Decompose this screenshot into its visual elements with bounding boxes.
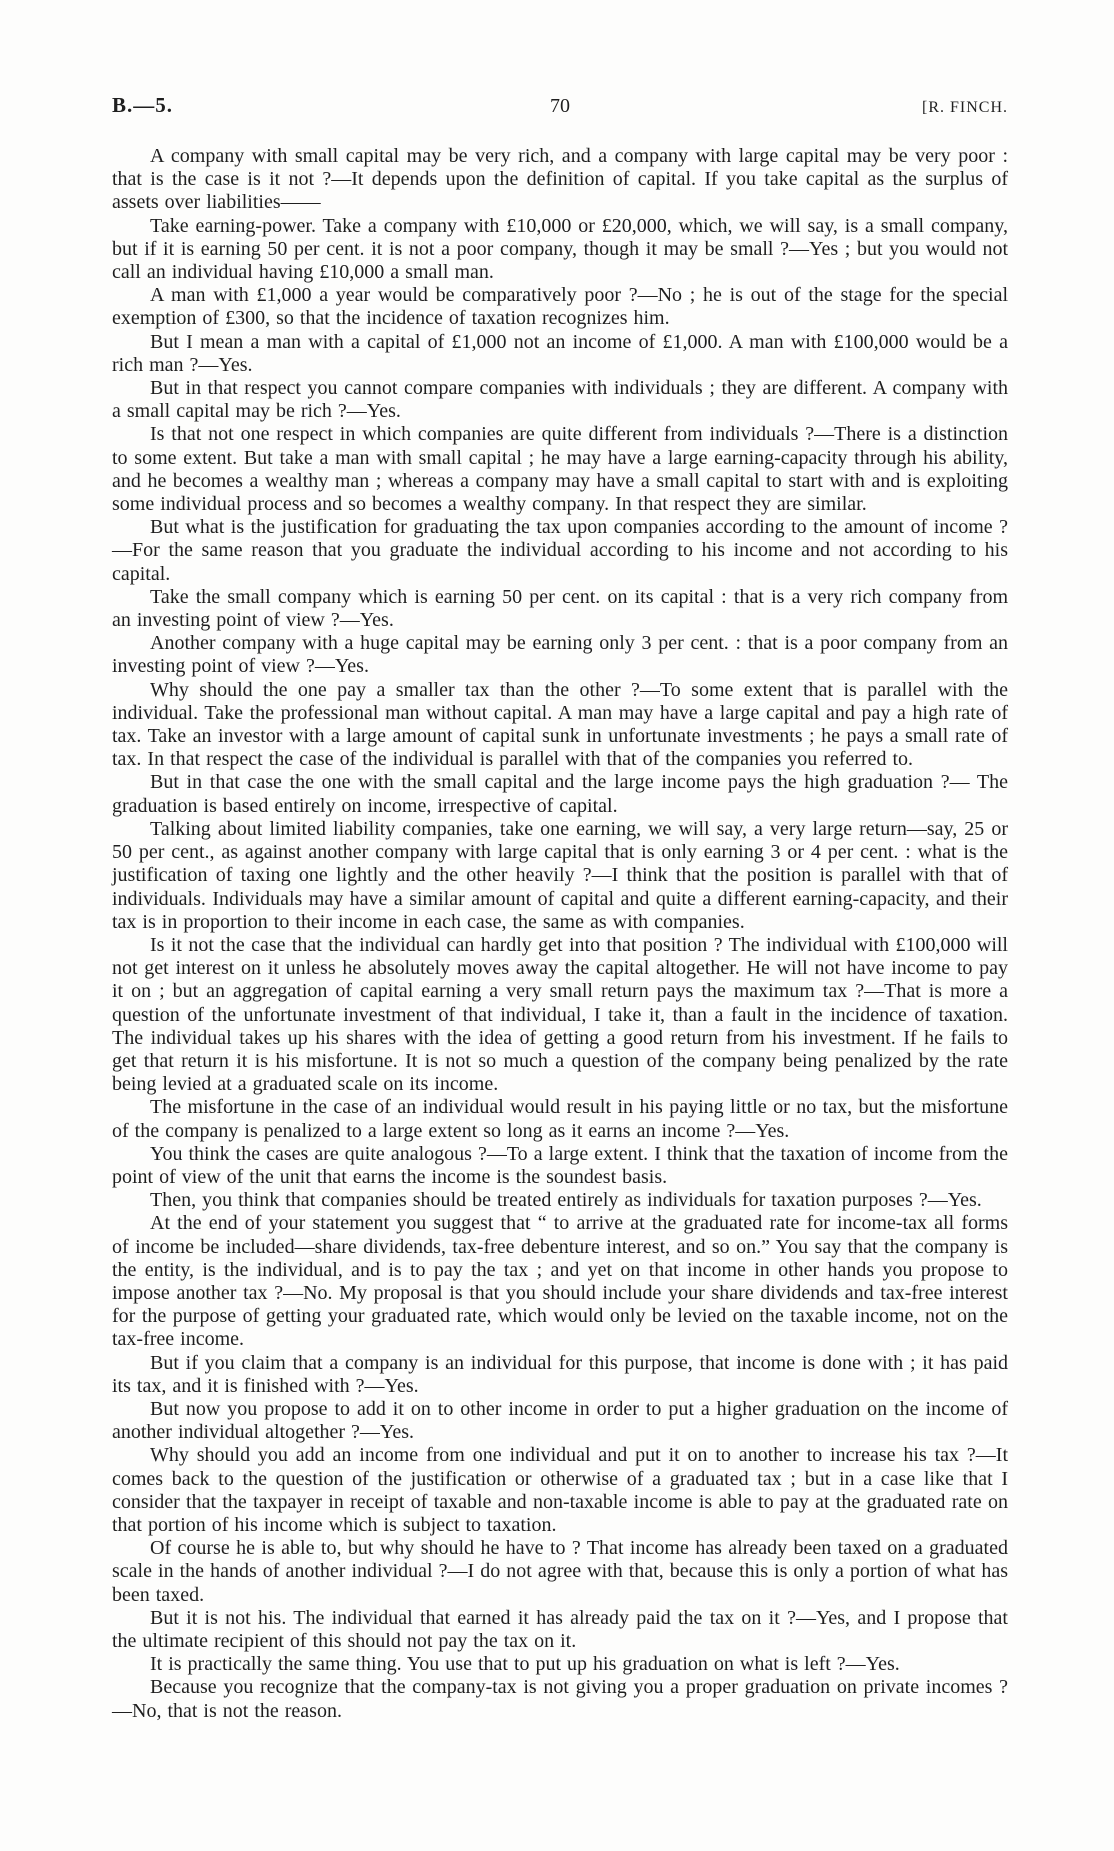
paragraph: Is that not one respect in which compani… [112,423,1008,516]
document-reference: B.—5. [112,93,550,118]
paragraph: Because you recognize that the company-t… [112,1676,1008,1722]
paragraph: Talking about limited liability companie… [112,818,1008,934]
page-header: B.—5. 70 [R. FINCH. [112,93,1008,118]
paragraph: At the end of your statement you suggest… [112,1212,1008,1351]
paragraph: You think the cases are quite analogous … [112,1143,1008,1189]
paragraph: Take the small company which is earning … [112,586,1008,632]
paragraph: Why should the one pay a smaller tax tha… [112,679,1008,772]
paragraph: Another company with a huge capital may … [112,632,1008,678]
paragraph: A company with small capital may be very… [112,145,1008,215]
paragraph: Why should you add an income from one in… [112,1444,1008,1537]
page-number: 70 [550,95,570,118]
paragraph: But if you claim that a company is an in… [112,1352,1008,1398]
paragraph: Is it not the case that the individual c… [112,934,1008,1096]
paragraph: Then, you think that companies should be… [112,1189,1008,1212]
paragraph: Take earning-power. Take a company with … [112,215,1008,285]
paragraph: A man with £1,000 a year would be compar… [112,284,1008,330]
paragraph: The misfortune in the case of an individ… [112,1096,1008,1142]
paragraph: But it is not his. The individual that e… [112,1607,1008,1653]
paragraph: But I mean a man with a capital of £1,00… [112,331,1008,377]
paragraph: But in that respect you cannot compare c… [112,377,1008,423]
page-body: A company with small capital may be very… [112,145,1008,1723]
paragraph: But in that case the one with the small … [112,771,1008,817]
paragraph: Of course he is able to, but why should … [112,1537,1008,1607]
paragraph: But now you propose to add it on to othe… [112,1398,1008,1444]
paragraph: But what is the justification for gradua… [112,516,1008,586]
witness-name: [R. FINCH. [570,99,1008,117]
paragraph: It is practically the same thing. You us… [112,1653,1008,1676]
document-page: B.—5. 70 [R. FINCH. A company with small… [0,0,1114,1851]
